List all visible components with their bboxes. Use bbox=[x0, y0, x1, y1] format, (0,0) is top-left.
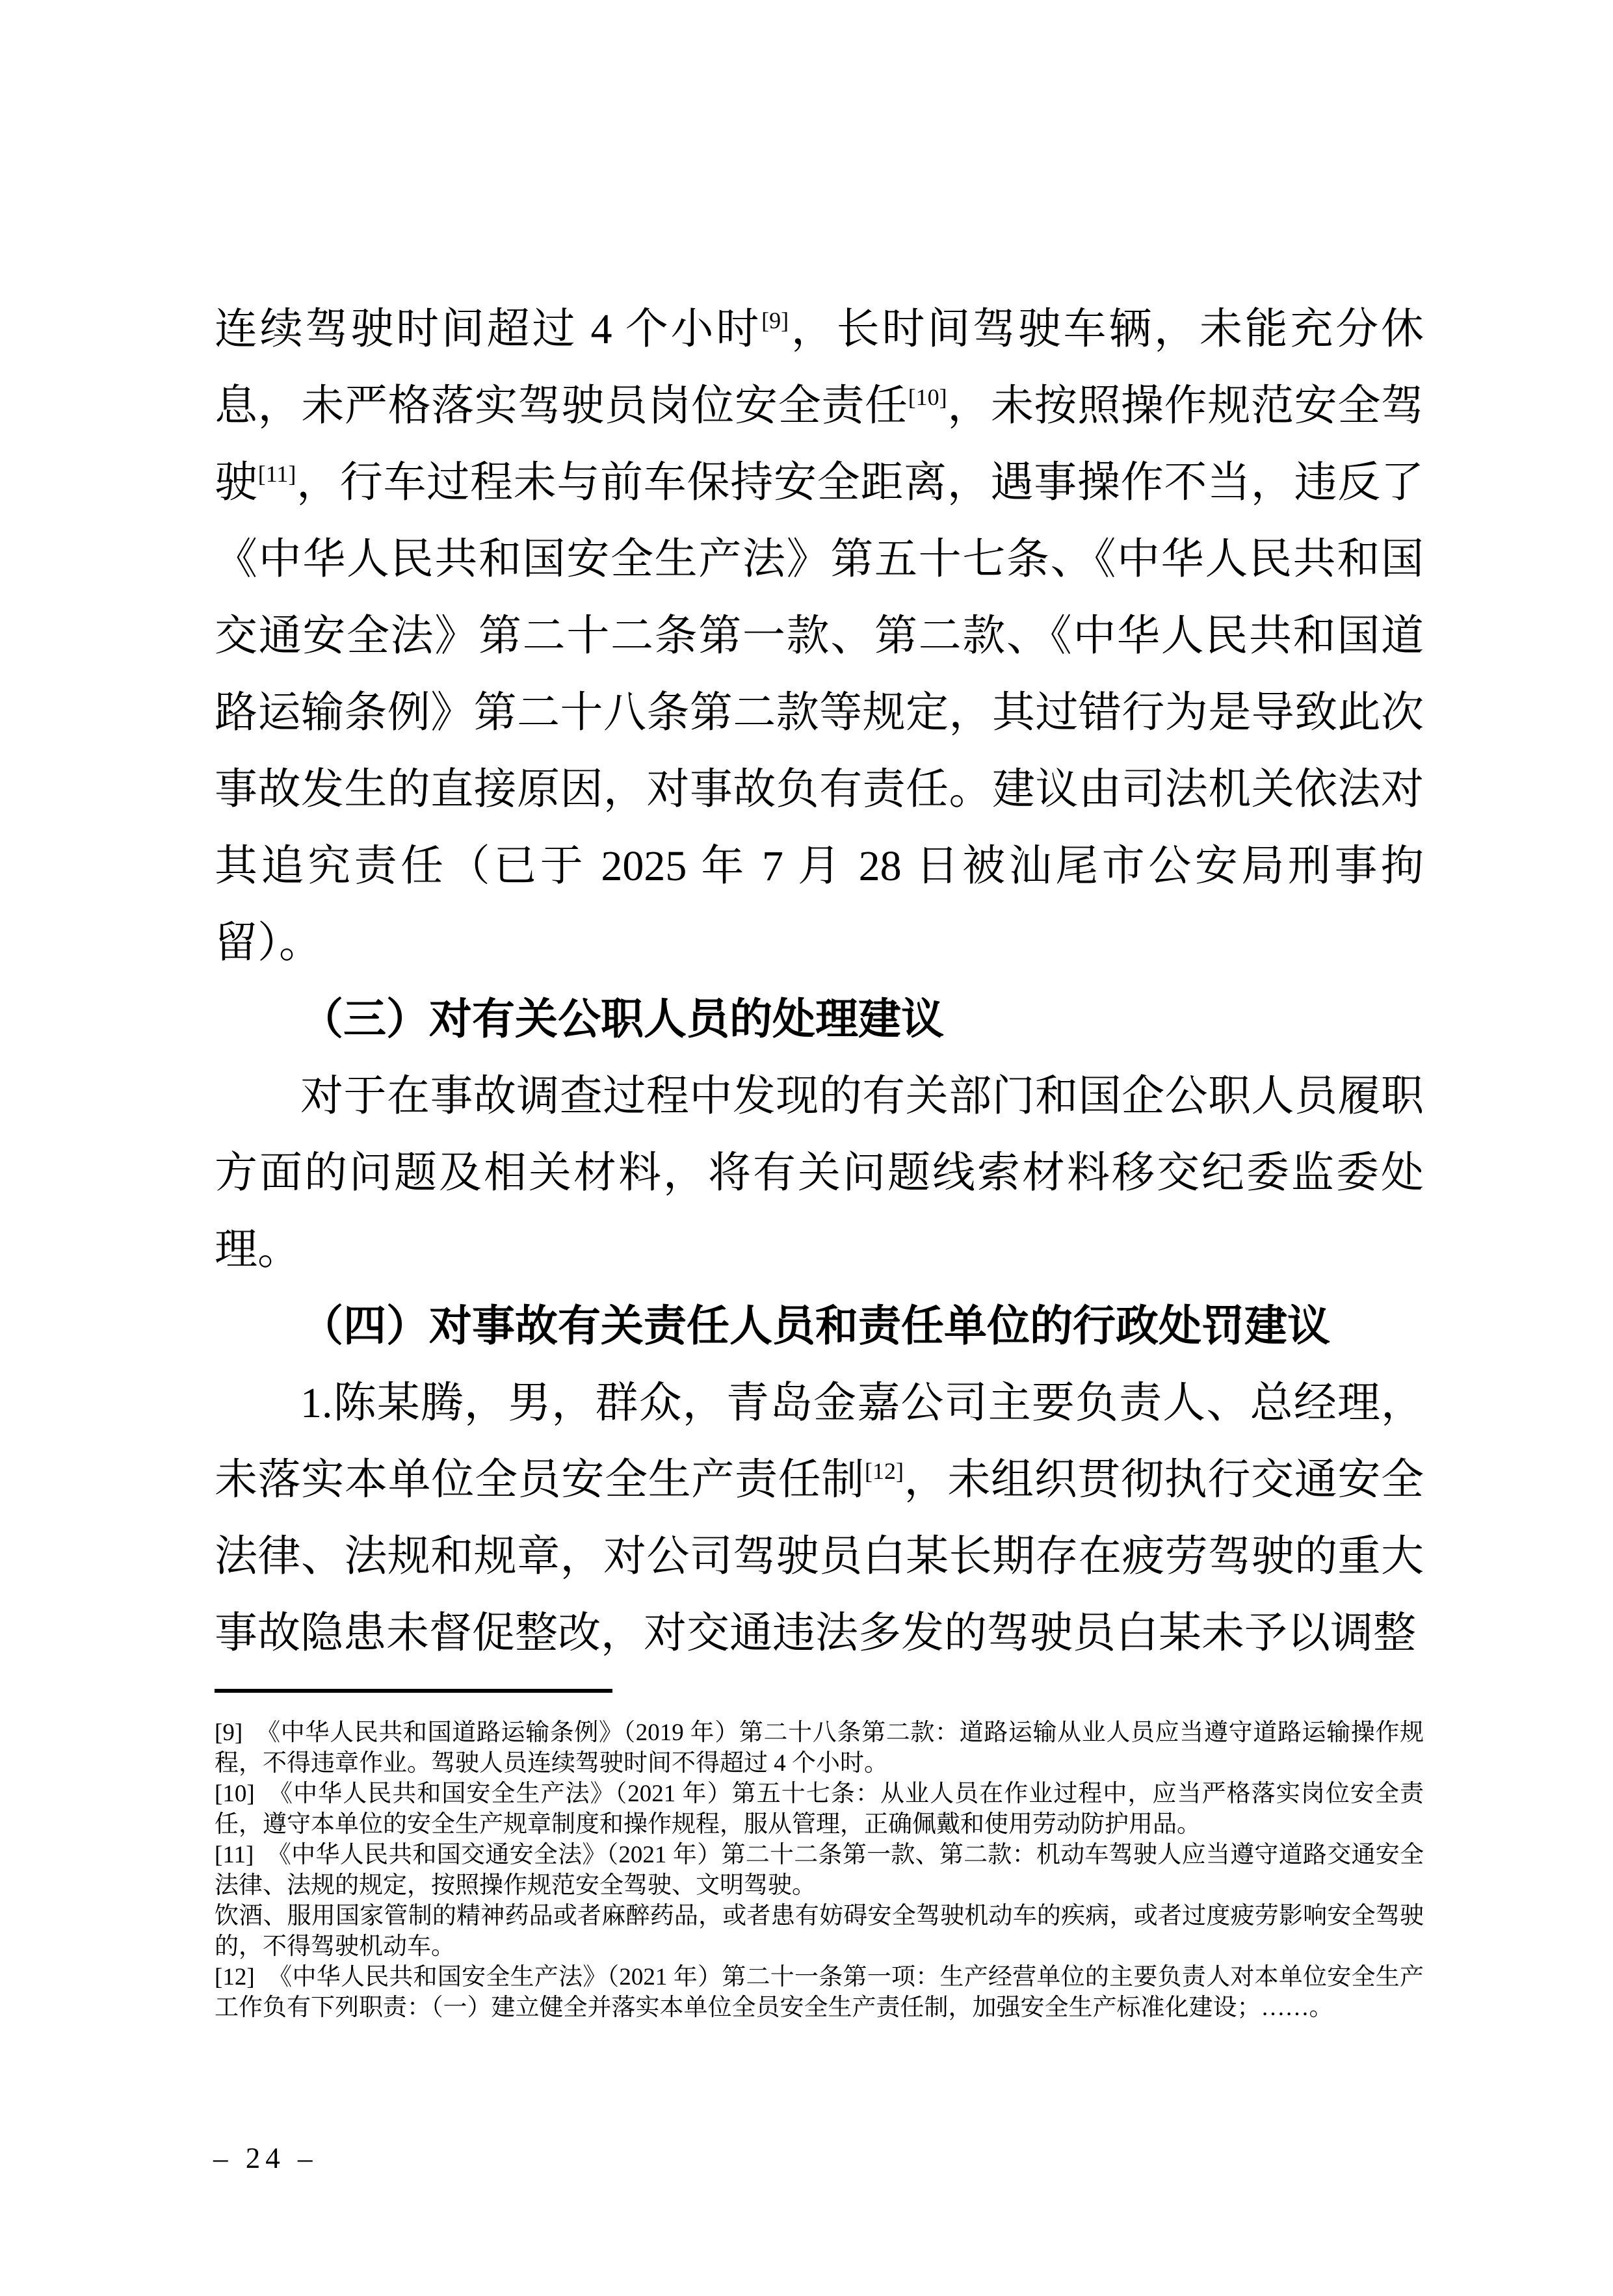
document-body: 连续驾驶时间超过 4 个小时[9]，长时间驾驶车辆，未能充分休息，未严格落实驾驶… bbox=[215, 291, 1424, 1672]
footnote-ref-9: [9] bbox=[761, 307, 789, 333]
footnote-ref-12: [12] bbox=[865, 1458, 904, 1484]
footnote-10-marker: [10] bbox=[215, 1781, 268, 1807]
body-text-segment: ，行车过程未与前车保持安全距离，遇事操作不当，违反了《中华人民共和国安全生产法》… bbox=[215, 459, 1424, 967]
footnote-9-marker: [9] bbox=[215, 1719, 256, 1746]
footnote-10: [10]《中华人民共和国安全生产法》（2021 年）第五十七条：从业人员在作业过… bbox=[215, 1779, 1424, 1840]
footnote-12-marker: [12] bbox=[215, 1964, 268, 1990]
footnote-11-marker: [11] bbox=[215, 1842, 267, 1868]
footnote-ref-11: [11] bbox=[258, 461, 296, 487]
paragraph-driver-fault: 连续驾驶时间超过 4 个小时[9]，长时间驾驶车辆，未能充分休息，未严格落实驾驶… bbox=[215, 291, 1424, 982]
footnote-11-text: 《中华人民共和国交通安全法》（2021 年）第二十二条第一款、第二款：机动车驾驶… bbox=[215, 1842, 1424, 1899]
footnote-9: [9]《中华人民共和国道路运输条例》（2019 年）第二十八条第二款：道路运输从… bbox=[215, 1717, 1424, 1779]
document-page: 连续驾驶时间超过 4 个小时[9]，长时间驾驶车辆，未能充分休息，未严格落实驾驶… bbox=[0, 0, 1613, 2296]
footnotes-section: [9]《中华人民共和国道路运输条例》（2019 年）第二十八条第二款：道路运输从… bbox=[215, 1689, 1424, 2023]
footnote-separator bbox=[215, 1689, 612, 1693]
footnote-11: [11]《中华人民共和国交通安全法》（2021 年）第二十二条第一款、第二款：机… bbox=[215, 1840, 1424, 1901]
body-text-segment: 连续驾驶时间超过 4 个小时 bbox=[215, 306, 761, 353]
section-heading-3: （三）对有关公职人员的处理建议 bbox=[215, 982, 1424, 1058]
footnote-ref-10: [10] bbox=[908, 384, 947, 410]
footnote-11-continuation: 饮酒、服用国家管制的精神药品或者麻醉药品，或者患有妨碍安全驾驶机动车的疾病，或者… bbox=[215, 1901, 1424, 1962]
page-number: – 24 – bbox=[213, 2141, 318, 2175]
paragraph-chen-mouteng: 1.陈某腾，男，群众，青岛金嘉公司主要负责人、总经理，未落实本单位全员安全生产责… bbox=[215, 1365, 1424, 1672]
paragraph-public-officials: 对于在事故调查过程中发现的有关部门和国企公职人员履职方面的问题及相关材料，将有关… bbox=[215, 1058, 1424, 1288]
section-heading-4: （四）对事故有关责任人员和责任单位的行政处罚建议 bbox=[215, 1288, 1424, 1365]
footnote-12: [12]《中华人民共和国安全生产法》（2021 年）第二十一条第一项：生产经营单… bbox=[215, 1962, 1424, 2023]
footnote-9-text: 《中华人民共和国道路运输条例》（2019 年）第二十八条第二款：道路运输从业人员… bbox=[215, 1719, 1424, 1777]
footnote-10-text: 《中华人民共和国安全生产法》（2021 年）第五十七条：从业人员在作业过程中，应… bbox=[215, 1781, 1424, 1838]
footnote-12-text: 《中华人民共和国安全生产法》（2021 年）第二十一条第一项：生产经营单位的主要… bbox=[215, 1964, 1424, 2021]
